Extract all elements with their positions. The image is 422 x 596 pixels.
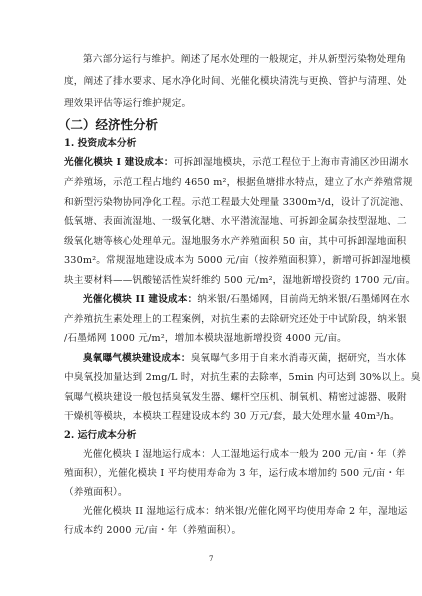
paragraph-line: 块主要材料——钒酸铋活性炭纤维约 500 元/m²，湿地新增投资约 1700 元… (64, 275, 360, 287)
paragraph-line: 产养殖场，示范工程占地约 4650 m²，根据鱼塘排水特点，建立了水产养殖常规 (64, 177, 360, 189)
page-number: 7 (209, 555, 213, 563)
module1-label: 光催化模块 I 建设成本： (64, 157, 174, 168)
line-text: 纳米银/石墨烯网，目前尚无纳米银/石墨烯网在水 (197, 294, 410, 305)
paragraph-line: 产养殖抗生素处理上的工程案例，对抗生素的去除研究还处于中试阶段，纳米银 (64, 314, 360, 326)
paragraph-line: 氧曝气模块建设一般包括臭氧发生器、螺杆空压机、制氧机、精密过滤器、吸附 (64, 392, 360, 404)
line-text: 臭氧曝气多用于自来水消毒灭菌，据研究，当水体 (191, 353, 406, 364)
paragraph-line: 330m²。常规湿地建设成本为 5000 元/亩（按养殖面积算），新增可拆卸湿地… (64, 255, 360, 267)
document-page: 第六部分运行与维护。阐述了尾水处理的一般规定，并从新型污染物处理角 度，阐述了排… (0, 0, 422, 596)
paragraph-line: 臭氧曝气模块建设成本：臭氧曝气多用于自来水消毒灭菌，据研究，当水体 (83, 353, 360, 365)
paragraph-line: 度，阐述了排水要求、尾水净化时间、光催化模块清洗与更换、管护与清理、处 (64, 76, 360, 88)
paragraph-line: 殖面积），光催化模块 I 平均使用寿命为 3 年，运行成本增加约 500 元/亩… (64, 468, 360, 480)
line-text: 可拆卸湿地模块，示范工程位于上海市青浦区沙田湖水 (174, 157, 409, 168)
subsection-heading: 2. 运行成本分析 (64, 430, 136, 442)
paragraph-line: 和新型污染物协同净化工程。示范工程最大处理量 3300m³/d，设计了沉淀池、 (64, 197, 360, 209)
paragraph-line: 行成本约 2000 元/亩・年（养殖面积）。 (64, 525, 360, 537)
paragraph-line: 光催化模块 I 湿地运行成本：人工湿地运行成本一般为 200 元/亩・年（养 (83, 449, 360, 461)
paragraph-line: 光催化模块 II 建设成本：纳米银/石墨烯网，目前尚无纳米银/石墨烯网在水 (83, 294, 360, 306)
paragraph-line: 低氧塘、表面流湿地、一级氧化塘、水平潜流湿地、可拆卸金属杂技型湿地、二 (64, 216, 360, 228)
paragraph-line: （养殖面积）。 (64, 487, 360, 499)
paragraph-line: 光催化模块 II 湿地运行成本：纳米银/光催化网平均使用寿命 2 年，湿地运 (83, 506, 360, 518)
subsection-heading: 1. 投资成本分析 (64, 138, 136, 150)
paragraph-line: 中臭氧投加量达到 2mg/L 时，对抗生素的去除率，5min 内可达到 30%以… (64, 372, 360, 384)
section-heading: （二）经济性分析 (58, 118, 158, 132)
paragraph-line: 理效果评估等运行维护规定。 (64, 98, 360, 110)
paragraph-line: 第六部分运行与维护。阐述了尾水处理的一般规定，并从新型污染物处理角 (83, 54, 360, 66)
paragraph-line: 级氧化塘等核心处理单元。湿地服务水产养殖面积 50 亩，其中可拆卸湿地面积 (64, 236, 360, 248)
ozone-label: 臭氧曝气模块建设成本： (83, 353, 191, 364)
paragraph-line: 干燥机等模块，本模块工程建设成本约 30 万元/套，最大处理水量 40m³/h。 (64, 411, 360, 423)
paragraph-line: /石墨烯网 1000 元/m²，增加本模块湿地新增投资 4000 元/亩。 (64, 333, 360, 345)
paragraph-line: 光催化模块 I 建设成本：可拆卸湿地模块，示范工程位于上海市青浦区沙田湖水 (64, 157, 360, 169)
module2-label: 光催化模块 II 建设成本： (83, 294, 197, 305)
